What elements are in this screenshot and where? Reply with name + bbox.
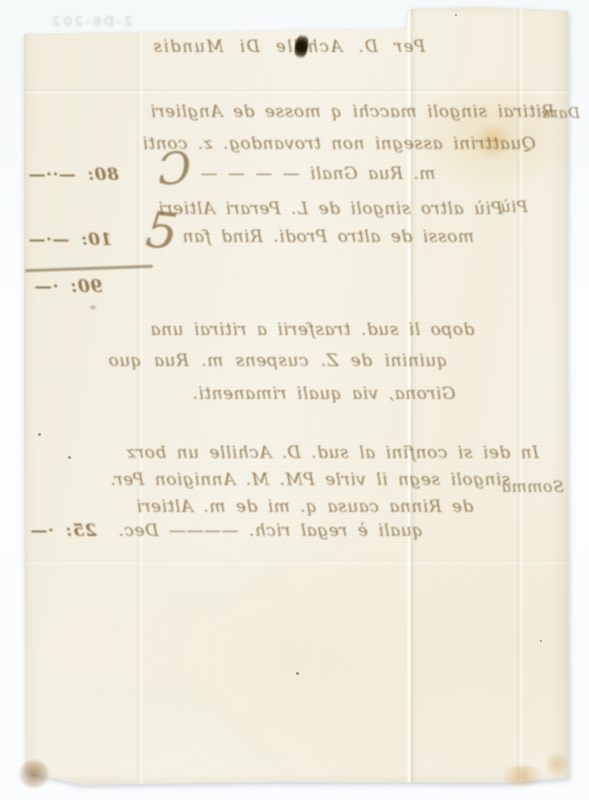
closing-line: de Rinna causa q. mi de m. Altieri: [136, 497, 473, 517]
archival-stamp: 2-D6-202: [50, 15, 133, 30]
brace-glyph: 5: [143, 204, 180, 257]
ink-dot: [90, 306, 96, 309]
amount-figure: 10: —·—: [28, 230, 112, 250]
body-line: Girona, via quali rimanenti.: [192, 384, 456, 404]
entry-line: mossi de altro Prodi. Rind fan: [182, 227, 474, 247]
margin-note: Più: [500, 197, 528, 216]
closing-line: In dei si confini al sud. D. Achille un …: [126, 443, 539, 463]
heading-line: Per D. Achille Di Mundis: [152, 37, 425, 56]
body-line: dopo li sud. trasferii a ritirai una: [150, 320, 474, 340]
closing-line: quali è regal rich. ———— Dec.: [118, 521, 423, 541]
margin-note: Somma: [501, 477, 564, 496]
ink-rule-line: [25, 265, 153, 272]
amount-figure: 80: —··—: [28, 165, 119, 185]
entry-line: Ritirai singoli macchi q mosse de Anglie…: [150, 102, 555, 122]
body-line: quinini de Z. cuspens m. Rua quo: [108, 351, 448, 371]
ink-bleed-layer: 2-D6-202 Per D. Achille Di Mundis Dare R…: [0, 0, 589, 800]
amount-figure: 25: ·—: [30, 521, 97, 541]
entry-line: Più altro singoli de L. Perari Altieri: [158, 199, 503, 219]
brace-glyph: Ɔ: [157, 147, 194, 193]
scan-background: 2-D6-202 Per D. Achille Di Mundis Dare R…: [0, 0, 589, 800]
closing-line: singoli segn il virle PM. M. Annigion Pe…: [110, 470, 511, 490]
entry-line: m. Rua Gnali — — — —: [200, 164, 435, 184]
amount-figure: 90: ·—: [34, 277, 103, 297]
entry-line: Quattrini assegni non trovandog. z. cont…: [142, 134, 536, 154]
